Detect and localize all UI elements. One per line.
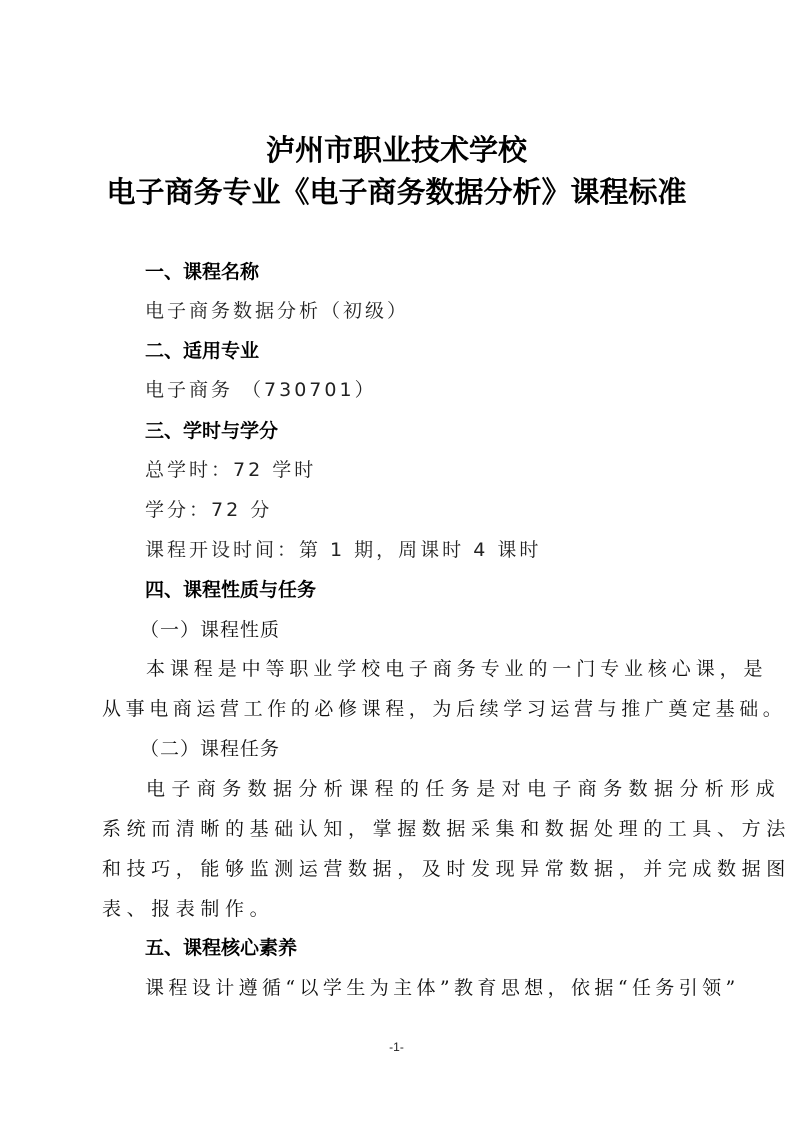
course-nature-paragraph-line: 本课程是中等职业学校电子商务专业的一门专业核心课，是 (146, 657, 767, 681)
subheading-course-tasks: （二）课程任务 (140, 737, 280, 761)
section-heading-course-name: 一、课程名称 (145, 260, 259, 284)
credits-text: 学分：72 分 (145, 498, 272, 522)
subheading-course-nature: （一）课程性质 (140, 618, 280, 642)
course-tasks-paragraph-line: 电子商务数据分析课程的任务是对电子商务数据分析形成 (146, 777, 781, 801)
page-number: -1- (0, 1040, 793, 1054)
schedule-text: 课程开设时间：第 1 期，周课时 4 课时 (145, 538, 541, 562)
school-title: 泸州市职业技术学校 (0, 128, 793, 169)
section-heading-nature-tasks: 四、课程性质与任务 (145, 578, 316, 602)
major-text: 电子商务 （730701） (145, 378, 377, 402)
course-tasks-paragraph-line: 和技巧，能够监测运营数据，及时发现异常数据，并完成数据图 (102, 857, 791, 881)
course-standard-title: 电子商务专业《电子商务数据分析》课程标准 (0, 170, 793, 211)
total-hours-text: 总学时：72 学时 (145, 458, 316, 482)
course-tasks-paragraph-line: 表、报表制作。 (102, 897, 274, 921)
course-tasks-paragraph-line: 系统而清晰的基础认知，掌握数据采集和数据处理的工具、方法 (102, 817, 791, 841)
section-heading-hours-credits: 三、学时与学分 (145, 419, 278, 443)
course-name-text: 电子商务数据分析（初级） (145, 299, 409, 323)
section-heading-major: 二、适用专业 (145, 339, 259, 363)
section-heading-core-literacy: 五、课程核心素养 (145, 936, 297, 960)
course-nature-paragraph-line: 从事电商运营工作的必修课程，为后续学习运营与推广奠定基础。 (102, 697, 786, 721)
core-literacy-paragraph-line: 课程设计遵循“以学生为主体”教育思想，依据“任务引领” (145, 976, 740, 1000)
